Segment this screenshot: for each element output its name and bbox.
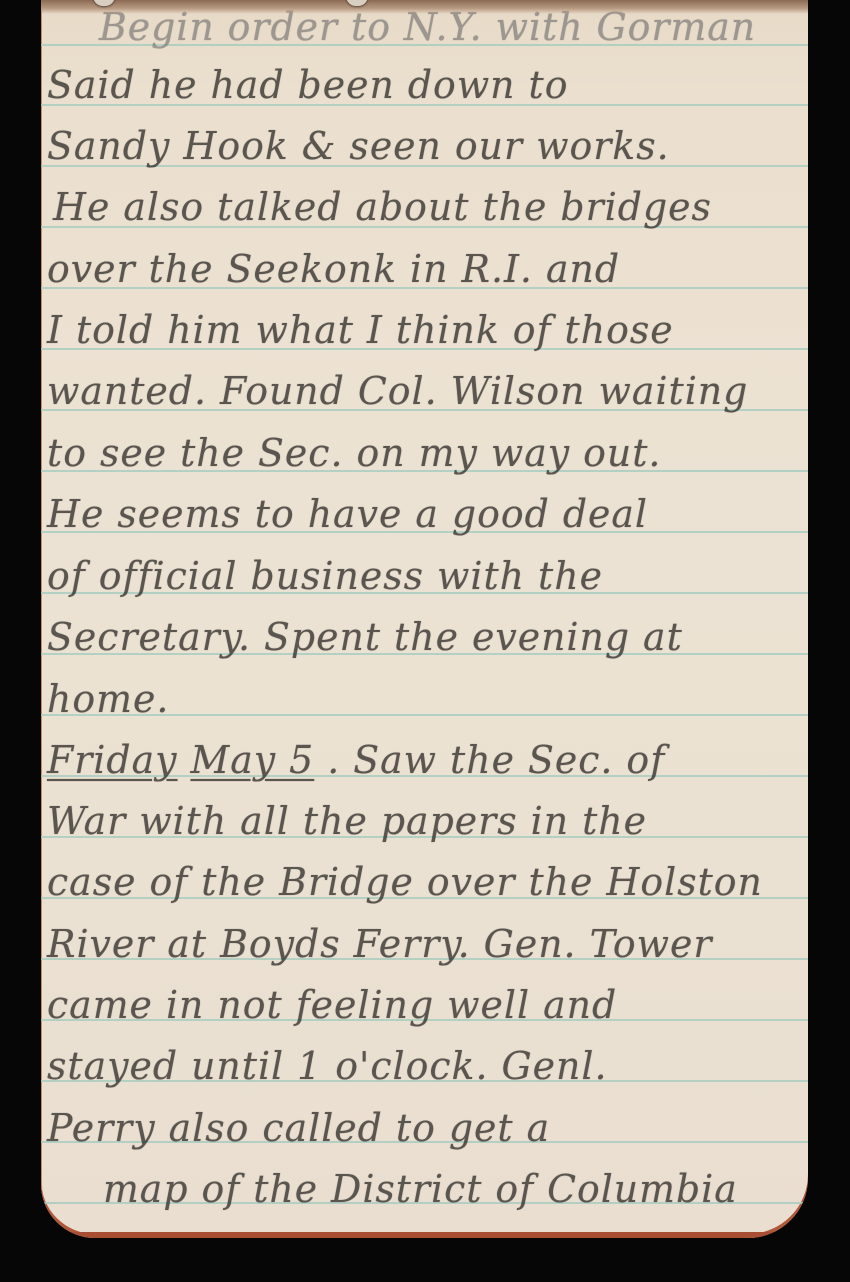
handwritten-line: Perry also called to get a [47, 1099, 794, 1157]
weekday-underlined: Friday [47, 738, 177, 782]
handwritten-line: Sandy Hook & seen our works. [47, 117, 794, 175]
handwritten-line: to see the Sec. on my way out. [47, 424, 794, 482]
handwritten-line: Said he had been down to [47, 56, 794, 114]
notebook-binding [41, 0, 808, 14]
date-heading-line: Friday May 5 . Saw the Sec. of [47, 731, 794, 789]
handwritten-line: He also talked about the bridges [53, 178, 794, 236]
handwritten-line: River at Boyds Ferry. Gen. Tower [47, 915, 794, 973]
handwritten-line: of official business with the [47, 547, 794, 605]
handwritten-line: wanted. Found Col. Wilson waiting [47, 362, 794, 420]
date-line-rest: . Saw the Sec. of [327, 738, 665, 782]
date-underlined: May 5 [191, 738, 315, 782]
handwritten-line: stayed until 1 o'clock. Genl. [47, 1037, 794, 1095]
binding-ring-icon [93, 0, 115, 6]
handwritten-line: map of the District of Columbia [103, 1160, 794, 1218]
handwritten-line: Secretary. Spent the evening at [47, 608, 794, 666]
binding-ring-icon [346, 0, 368, 6]
handwritten-line: came in not feeling well and [47, 976, 794, 1034]
handwritten-line: I told him what I think of those [47, 301, 794, 359]
notebook-page: Begin order to N.Y. with Gorman Said he … [41, 0, 808, 1238]
handwritten-line: case of the Bridge over the Holston [47, 853, 794, 911]
handwritten-line: War with all the papers in the [47, 792, 794, 850]
handwritten-line: home. [47, 670, 794, 728]
handwritten-line: over the Seekonk in R.I. and [47, 240, 794, 298]
handwritten-line: He seems to have a good deal [47, 485, 794, 543]
